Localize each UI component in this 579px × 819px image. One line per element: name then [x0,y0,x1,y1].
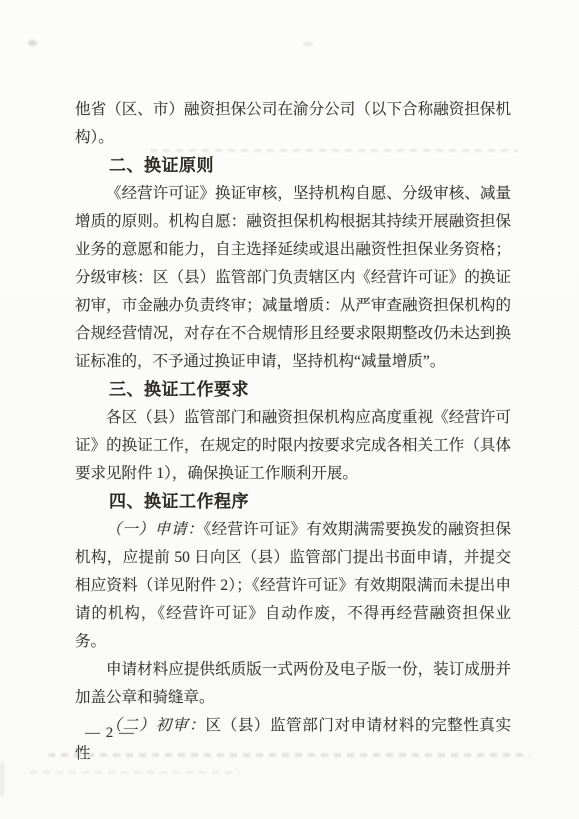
paragraph-lead-label: （一）申请： [106,521,204,538]
paragraph: 他省（区、市）融资担保公司在渝分公司（以下合称融资担保机构）。 [75,96,511,152]
paragraph: （二）初审：区（县）监管部门对申请材料的完整性真实性 [75,712,511,768]
document-page: 他省（区、市）融资担保公司在渝分公司（以下合称融资担保机构）。二、换证原则《经营… [0,0,579,819]
paragraph: 申请材料应提供纸质版一式两份及电子版一份，装订成册并加盖公章和骑缝章。 [75,656,511,712]
scan-noise-streak [30,771,240,774]
page-number: — 2 — [85,722,135,744]
paragraph: （一）申请：《经营许可证》有效期满需要换发的融资担保机构，应提前 50 日向区（… [75,516,511,656]
scan-smudge [0,762,4,796]
section-heading: 四、换证工作程序 [75,488,511,516]
paragraph: 各区（县）监管部门和融资担保机构应高度重视《经营许可证》的换证工作，在规定的时限… [75,404,511,488]
section-heading: 二、换证原则 [75,152,511,180]
document-body: 他省（区、市）融资担保公司在渝分公司（以下合称融资担保机构）。二、换证原则《经营… [75,96,511,768]
scan-smudge [28,40,37,46]
scan-noise-streak [48,753,530,757]
section-heading: 三、换证工作要求 [75,376,511,404]
paragraph: 《经营许可证》换证审核，坚持机构自愿、分级审核、减量增质的原则。机构自愿：融资担… [75,180,511,376]
scan-smudge [303,42,313,46]
